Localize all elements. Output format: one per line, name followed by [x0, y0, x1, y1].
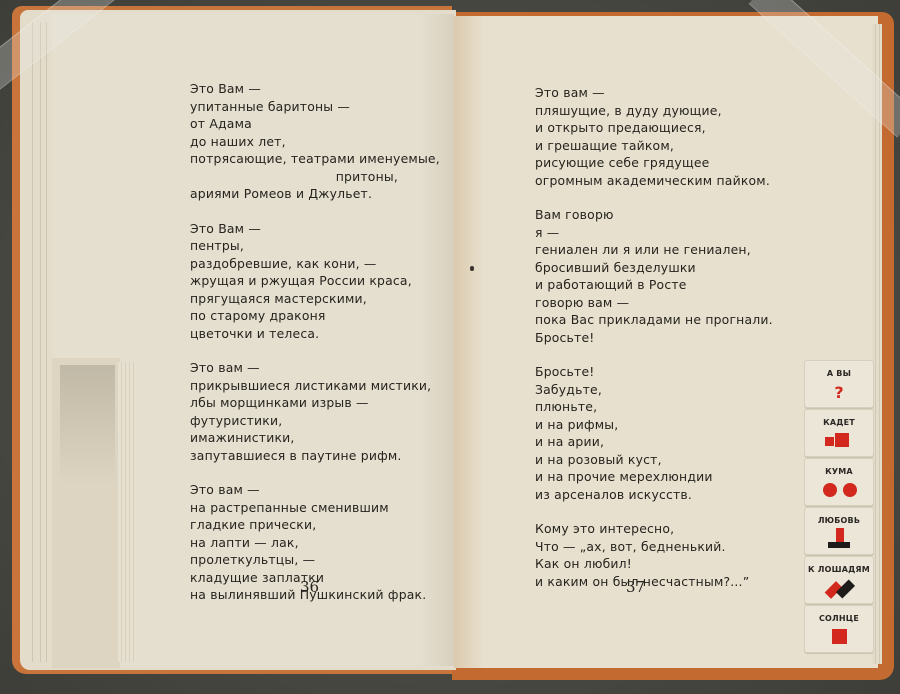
stanza: Кому это интересно, Что — „ах, вот, бедн…	[535, 520, 785, 590]
page-number-left: 36	[300, 578, 319, 596]
poem-line: Это Вам —	[190, 80, 410, 98]
poem-line: потрясающие, театрами именуемые,	[190, 150, 410, 168]
poem-line: Это вам —	[190, 481, 410, 499]
poem-line: футуристики,	[190, 412, 410, 430]
poem-line: и на прочие мерехлюндии	[535, 468, 785, 486]
stanza: Это вам — прикрывшиеся листиками мистики…	[190, 359, 410, 464]
stanza: Вам говорю я — гениален ли я или не гени…	[535, 206, 785, 346]
poem-line: и открыто предающиеся,	[535, 119, 785, 137]
page-edge-line	[40, 22, 41, 662]
gutter-shadow-right	[454, 16, 484, 668]
poem-line: гениален ли я или не гениален,	[535, 241, 785, 259]
tab-a-vy[interactable]: А ВЫ ?	[804, 360, 874, 408]
poem-line: Забудьте,	[535, 381, 785, 399]
poem-line: до наших лет,	[190, 133, 410, 151]
poem-line: ариями Ромеов и Джульет.	[190, 185, 410, 203]
page-edge-line	[32, 22, 33, 662]
poem-line: Как он любил!	[535, 555, 785, 573]
tilted-bars-icon	[805, 579, 873, 597]
tab-lyubov[interactable]: ЛЮБОВЬ	[804, 507, 874, 555]
tab-label: А ВЫ	[805, 361, 873, 378]
poem-line: Бросьте!	[535, 363, 785, 381]
poem-line: прикрывшиеся листиками мистики,	[190, 377, 410, 395]
poem-line: Вам говорю	[535, 206, 785, 224]
poem-line: от Адама	[190, 115, 410, 133]
page-edge-line	[46, 22, 47, 662]
poem-line: из арсеналов искусств.	[535, 486, 785, 504]
tab-label: КУМА	[805, 459, 873, 476]
tab-label: КАДЕТ	[805, 410, 873, 427]
poem-line: Это вам —	[190, 359, 410, 377]
tab-label: К ЛОШАДЯМ	[805, 557, 873, 574]
poem-line: имажинистики,	[190, 429, 410, 447]
poem-line: прягущаяся мастерскими,	[190, 290, 410, 308]
poem-line: пока Вас прикладами не прогнали.	[535, 311, 785, 329]
poem-line: и каким он был несчастным?...”	[535, 573, 785, 591]
poem-line: притоны,	[190, 168, 410, 186]
poem-line: плюньте,	[535, 398, 785, 416]
ink-speck	[470, 266, 474, 271]
poem-line: пентры,	[190, 237, 410, 255]
poem-line: цветочки и телеса.	[190, 325, 410, 343]
poem-line: гладкие прически,	[190, 516, 410, 534]
poem-line: и на рифмы,	[535, 416, 785, 434]
page-number-right: 37	[626, 578, 645, 596]
poem-line: Что — „ах, вот, бедненький.	[535, 538, 785, 556]
poem-line: Это вам —	[535, 84, 785, 102]
tab-solntse[interactable]: СОЛНЦЕ	[804, 605, 874, 653]
stanza: Бросьте! Забудьте, плюньте, и на рифмы, …	[535, 363, 785, 503]
poem-line: на растрепанные сменившим	[190, 499, 410, 517]
tab-k-loshadyam[interactable]: К ЛОШАДЯМ	[804, 556, 874, 604]
poem-line: бросивший безделушки	[535, 259, 785, 277]
poem-line: запутавшиеся в паутине рифм.	[190, 447, 410, 465]
poem-line: говорю вам —	[535, 294, 785, 312]
tab-label: ЛЮБОВЬ	[805, 508, 873, 525]
tab-label: СОЛНЦЕ	[805, 606, 873, 623]
tab-kuma[interactable]: КУМА	[804, 458, 874, 506]
poem-line: раздобревшие, как кони, —	[190, 255, 410, 273]
poem-line: Бросьте!	[535, 329, 785, 347]
two-circles-icon	[805, 481, 873, 499]
poem-line: и на розовый куст,	[535, 451, 785, 469]
poem-line: пролеткультцы, —	[190, 551, 410, 569]
thumb-index-page-stack	[118, 362, 136, 662]
poem-line: Это Вам —	[190, 220, 410, 238]
poem-line: пляшущие, в дуду дующие,	[535, 102, 785, 120]
poem-line: лбы морщинками изрыв —	[190, 394, 410, 412]
notch-shadow	[60, 365, 115, 485]
poem-line: на лапти — лак,	[190, 534, 410, 552]
poem-line: упитанные баритоны —	[190, 98, 410, 116]
poem-line: по старому драконя	[190, 307, 410, 325]
poem-line: рисующие себе грядущее	[535, 154, 785, 172]
poem-right-page: Это вам — пляшущие, в дуду дующие, и отк…	[535, 84, 785, 607]
question-mark-icon: ?	[805, 383, 873, 401]
poem-line: и на арии,	[535, 433, 785, 451]
red-square-icon	[805, 628, 873, 646]
thumb-index-tabs: А ВЫ ? КАДЕТ КУМА ЛЮБОВЬ К ЛОШАДЯМ СОЛНЦ…	[804, 360, 876, 654]
poem-line: я —	[535, 224, 785, 242]
stanza: Это вам — пляшущие, в дуду дующие, и отк…	[535, 84, 785, 189]
stanza: Это Вам — пентры, раздобревшие, как кони…	[190, 220, 410, 343]
poem-line: жрущая и ржущая России краса,	[190, 272, 410, 290]
poem-line: и работающий в Росте	[535, 276, 785, 294]
gutter-shadow-left	[420, 14, 454, 666]
tab-kadet[interactable]: КАДЕТ	[804, 409, 874, 457]
two-squares-icon	[805, 432, 873, 450]
poem-line: и грешащие тайком,	[535, 137, 785, 155]
t-shape-icon	[805, 530, 873, 548]
poem-line: Кому это интересно,	[535, 520, 785, 538]
stanza: Это Вам — упитанные баритоны — от Адама …	[190, 80, 410, 203]
poem-left-page: Это Вам — упитанные баритоны — от Адама …	[190, 80, 410, 621]
poem-line: огромным академическим пайком.	[535, 172, 785, 190]
